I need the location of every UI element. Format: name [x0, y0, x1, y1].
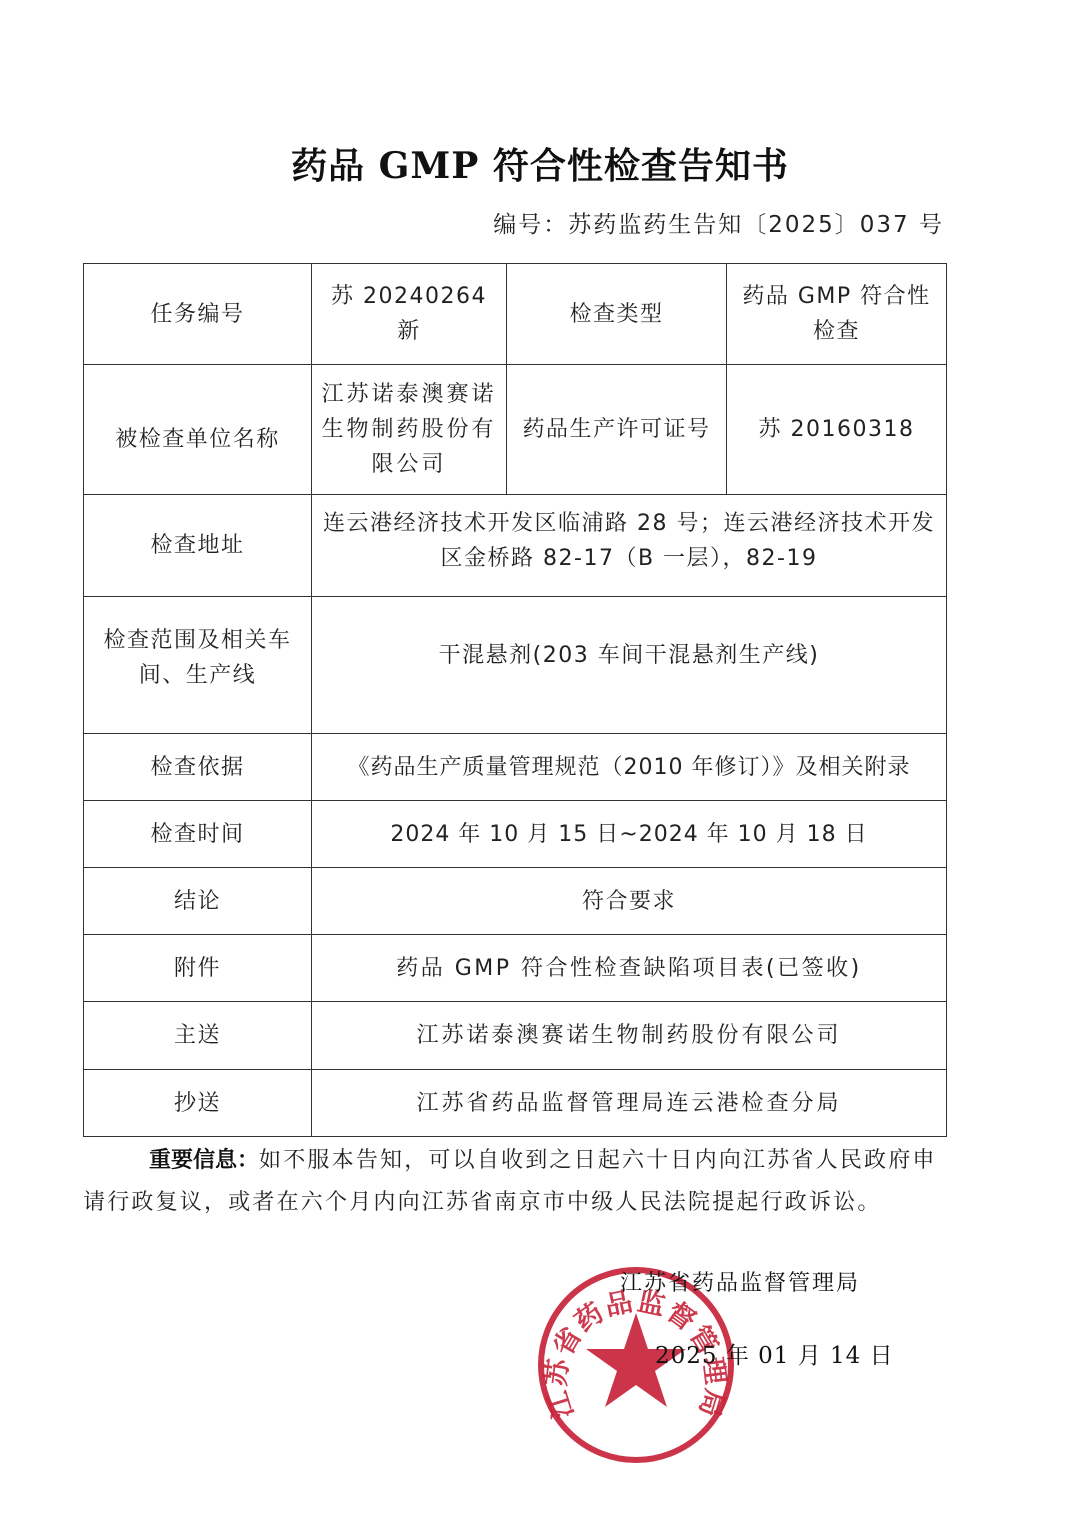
document-number-label: 编号：: [493, 212, 568, 238]
label-inspection-type: 检查类型: [507, 264, 727, 365]
table-row-cc: 抄送 江苏省药品监督管理局连云港检查分局: [84, 1070, 947, 1137]
value-cc: 江苏省药品监督管理局连云港检查分局: [312, 1070, 947, 1137]
label-address: 检查地址: [84, 495, 312, 597]
table-row-basis: 检查依据 《药品生产质量管理规范（2010 年修订）》及相关附录: [84, 734, 947, 801]
value-main-recipient: 江苏诺泰澳赛诺生物制药股份有限公司: [312, 1002, 947, 1070]
label-time: 检查时间: [84, 801, 312, 868]
label-license-number: 药品生产许可证号: [507, 365, 727, 495]
value-inspection-type: 药品 GMP 符合性检查: [727, 264, 947, 365]
inspection-table: 任务编号 苏 20240264 新 检查类型 药品 GMP 符合性检查 被检查单…: [83, 263, 947, 1137]
table-row-company: 被检查单位名称 江苏诺泰澳赛诺生物制药股份有限公司 药品生产许可证号 苏 201…: [84, 365, 947, 495]
label-task-number: 任务编号: [84, 264, 312, 365]
value-task-number: 苏 20240264 新: [312, 264, 507, 365]
value-scope: 干混悬剂(203 车间干混悬剂生产线): [312, 597, 947, 734]
label-conclusion: 结论: [84, 868, 312, 935]
document-title: 药品 GMP 符合性检查告知书: [0, 138, 1080, 189]
notice-label: 重要信息：: [149, 1148, 259, 1173]
value-license-number: 苏 20160318: [727, 365, 947, 495]
label-attachment: 附件: [84, 935, 312, 1002]
signing-date: 2025 年 01 月 14 日: [655, 1337, 894, 1370]
table-row-task-number: 任务编号 苏 20240264 新 检查类型 药品 GMP 符合性检查: [84, 264, 947, 365]
value-time: 2024 年 10 月 15 日~2024 年 10 月 18 日: [312, 801, 947, 868]
value-basis: 《药品生产质量管理规范（2010 年修订）》及相关附录: [312, 734, 947, 801]
table-row-address: 检查地址 连云港经济技术开发区临浦路 28 号；连云港经济技术开发区金桥路 82…: [84, 495, 947, 597]
value-attachment: 药品 GMP 符合性检查缺陷项目表(已签收): [312, 935, 947, 1002]
label-cc: 抄送: [84, 1070, 312, 1137]
table-row-attachment: 附件 药品 GMP 符合性检查缺陷项目表(已签收): [84, 935, 947, 1002]
value-company-name: 江苏诺泰澳赛诺生物制药股份有限公司: [312, 365, 507, 495]
label-company-name: 被检查单位名称: [84, 365, 312, 495]
important-notice: 重要信息：如不服本告知，可以自收到之日起六十日内向江苏省人民政府申请行政复议，或…: [83, 1140, 943, 1224]
document-number-value: 苏药监药生告知〔2025〕037 号: [568, 212, 944, 238]
label-main-recipient: 主送: [84, 1002, 312, 1070]
table-row-time: 检查时间 2024 年 10 月 15 日~2024 年 10 月 18 日: [84, 801, 947, 868]
value-address: 连云港经济技术开发区临浦路 28 号；连云港经济技术开发区金桥路 82-17（B…: [312, 495, 947, 597]
table-row-conclusion: 结论 符合要求: [84, 868, 947, 935]
table-row-scope: 检查范围及相关车间、生产线 干混悬剂(203 车间干混悬剂生产线): [84, 597, 947, 734]
label-basis: 检查依据: [84, 734, 312, 801]
signing-organization: 江苏省药品监督管理局: [620, 1266, 860, 1297]
document-number: 编号：苏药监药生告知〔2025〕037 号: [493, 206, 944, 239]
value-conclusion: 符合要求: [312, 868, 947, 935]
label-scope: 检查范围及相关车间、生产线: [84, 597, 312, 734]
table-row-main-recipient: 主送 江苏诺泰澳赛诺生物制药股份有限公司: [84, 1002, 947, 1070]
